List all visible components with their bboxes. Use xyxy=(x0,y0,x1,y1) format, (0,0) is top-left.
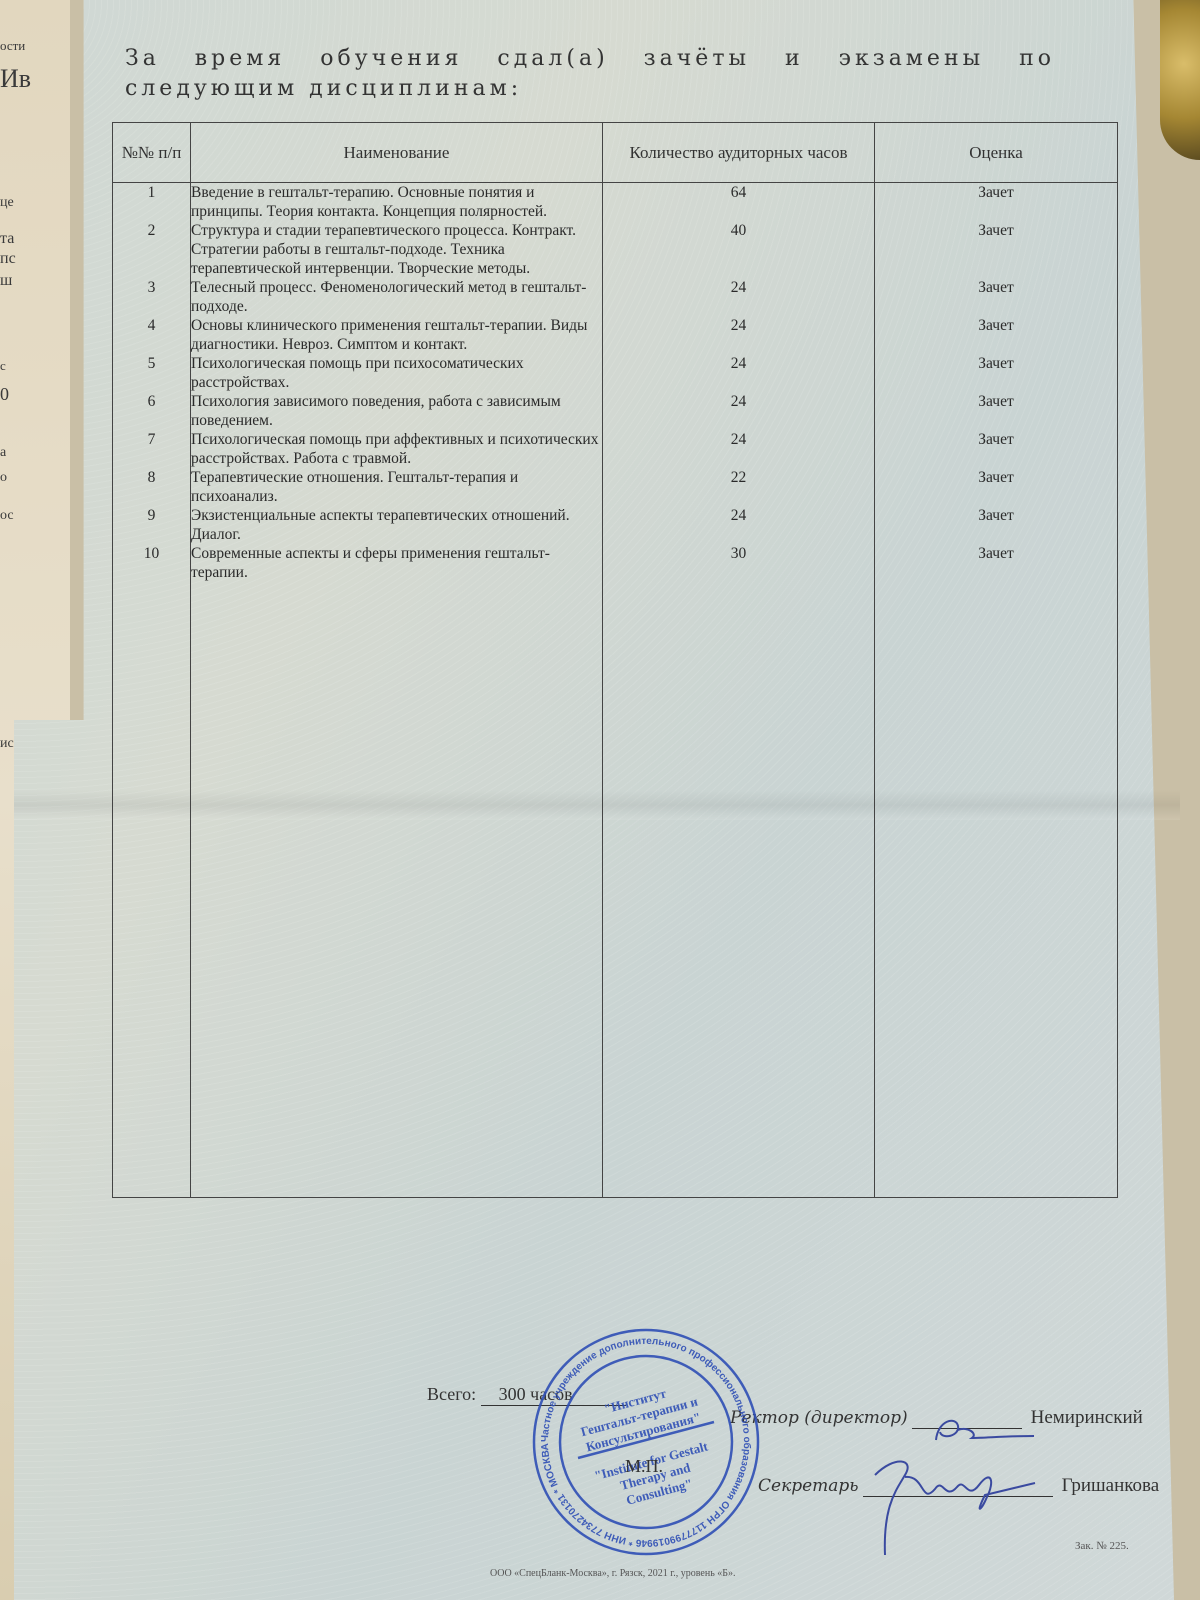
row-hours: 24 xyxy=(603,316,875,354)
empty-cell xyxy=(113,582,191,1197)
background-text-fragment: ос xyxy=(0,508,14,524)
row-number: 5 xyxy=(113,354,191,392)
row-grade: Зачет xyxy=(875,468,1118,506)
rector-signature xyxy=(928,1410,1038,1450)
row-hours: 40 xyxy=(603,221,875,278)
background-text-fragment: а xyxy=(0,445,6,461)
background-text-fragment: ости xyxy=(0,38,25,54)
background-text-fragment: о xyxy=(0,470,7,486)
header-name: Наименование xyxy=(191,123,603,183)
seal-placeholder: М.П. xyxy=(625,1456,663,1477)
row-hours: 24 xyxy=(603,430,875,468)
row-grade: Зачет xyxy=(875,221,1118,278)
row-discipline-name: Экзистенциальные аспекты терапевтических… xyxy=(191,506,603,544)
row-hours: 30 xyxy=(603,544,875,582)
row-discipline-name: Психологическая помощь при психосоматиче… xyxy=(191,354,603,392)
table-empty-space xyxy=(113,582,1118,1197)
row-number: 4 xyxy=(113,316,191,354)
row-discipline-name: Введение в гештальт-терапию. Основные по… xyxy=(191,183,603,222)
row-grade: Зачет xyxy=(875,183,1118,222)
row-number: 1 xyxy=(113,183,191,222)
secretary-role: Секретарь xyxy=(758,1476,859,1496)
table-row: 6 Психология зависимого поведения, работ… xyxy=(113,392,1118,430)
table-row: 2 Структура и стадии терапевтического пр… xyxy=(113,221,1118,278)
row-number: 6 xyxy=(113,392,191,430)
printer-line: ООО «СпецБланк-Москва», г. Рязск, 2021 г… xyxy=(490,1568,736,1579)
row-discipline-name: Современные аспекты и сферы применения г… xyxy=(191,544,603,582)
row-hours: 24 xyxy=(603,278,875,316)
row-discipline-name: Терапевтические отношения. Гештальт-тера… xyxy=(191,468,603,506)
row-number: 7 xyxy=(113,430,191,468)
order-number: Зак. № 225. xyxy=(1075,1540,1129,1552)
table-row: 7 Психологическая помощь при аффективных… xyxy=(113,430,1118,468)
table-row: 3 Телесный процесс. Феноменологический м… xyxy=(113,278,1118,316)
table-row: 4 Основы клинического применения гешталь… xyxy=(113,316,1118,354)
header-number: №№ п/п xyxy=(113,123,191,183)
table-row: 8 Терапевтические отношения. Гештальт-те… xyxy=(113,468,1118,506)
row-grade: Зачет xyxy=(875,544,1118,582)
row-grade: Зачет xyxy=(875,430,1118,468)
row-grade: Зачет xyxy=(875,354,1118,392)
background-text-fragment: с xyxy=(0,358,6,374)
row-discipline-name: Основы клинического применения гештальт-… xyxy=(191,316,603,354)
row-number: 10 xyxy=(113,544,191,582)
row-grade: Зачет xyxy=(875,278,1118,316)
page-heading: За время обучения сдал(а) зачёты и экзам… xyxy=(125,44,1055,104)
row-number: 8 xyxy=(113,468,191,506)
total-label: Всего: xyxy=(427,1384,476,1404)
empty-cell xyxy=(191,582,603,1197)
row-hours: 64 xyxy=(603,183,875,222)
row-grade: Зачет xyxy=(875,316,1118,354)
row-discipline-name: Телесный процесс. Феноменологический мет… xyxy=(191,278,603,316)
background-text-fragment: Ив xyxy=(0,64,31,94)
gold-object xyxy=(1160,0,1200,160)
row-discipline-name: Психологическая помощь при аффективных и… xyxy=(191,430,603,468)
secretary-name: Гришанкова xyxy=(1062,1475,1160,1496)
background-text-fragment: та xyxy=(0,230,14,248)
table-row: 10 Современные аспекты и сферы применени… xyxy=(113,544,1118,582)
grades-table: №№ п/п Наименование Количество аудиторны… xyxy=(112,122,1118,1198)
table-row: 5 Психологическая помощь при психосомати… xyxy=(113,354,1118,392)
row-number: 2 xyxy=(113,221,191,278)
header-grade: Оценка xyxy=(875,123,1118,183)
rector-name: Немиринский xyxy=(1031,1407,1143,1428)
row-hours: 24 xyxy=(603,506,875,544)
row-discipline-name: Структура и стадии терапевтического проц… xyxy=(191,221,603,278)
table-header-row: №№ п/п Наименование Количество аудиторны… xyxy=(113,123,1118,183)
table-row: 9 Экзистенциальные аспекты терапевтическ… xyxy=(113,506,1118,544)
empty-cell xyxy=(875,582,1118,1197)
row-grade: Зачет xyxy=(875,506,1118,544)
background-text-fragment: ш xyxy=(0,272,12,290)
row-discipline-name: Психология зависимого поведения, работа … xyxy=(191,392,603,430)
row-hours: 24 xyxy=(603,354,875,392)
secretary-signature xyxy=(845,1445,1045,1560)
table-row: 1 Введение в гештальт-терапию. Основные … xyxy=(113,183,1118,222)
row-hours: 22 xyxy=(603,468,875,506)
row-grade: Зачет xyxy=(875,392,1118,430)
row-number: 3 xyxy=(113,278,191,316)
header-hours: Количество аудиторных часов xyxy=(603,123,875,183)
row-number: 9 xyxy=(113,506,191,544)
background-text-fragment: це xyxy=(0,195,14,211)
institution-stamp: Частное учреждение дополнительного профе… xyxy=(530,1326,762,1558)
background-text-fragment: пс xyxy=(0,250,16,268)
background-text-fragment: 0 xyxy=(0,384,9,405)
empty-cell xyxy=(603,582,875,1197)
row-hours: 24 xyxy=(603,392,875,430)
